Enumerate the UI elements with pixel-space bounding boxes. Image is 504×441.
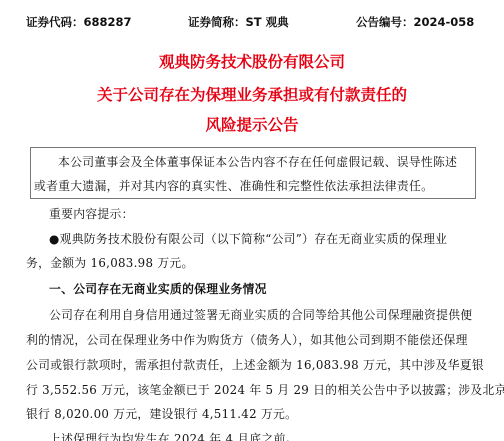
stock-name: 证券简称：ST 观典 [188, 14, 289, 30]
document-header: 证券代码：688287 证券简称：ST 观典 公告编号：2024-058 [0, 14, 504, 32]
section-1-paragraph-2: 上述保理行为均发生在 2024 年 4 月底之前。 [49, 430, 298, 441]
section-1-paragraph-line-1: 公司存在利用自身信用通过签署无商业实质的合同等给其他公司保理融资提供便 [49, 306, 472, 323]
highlights-bullet-line-2: 务，金额为 16,083.98 万元。 [26, 254, 194, 271]
section-1-paragraph-line-3: 公司或银行款项时，需承担付款责任，上述金额为 16,083.98 万元，其中涉及… [26, 356, 484, 373]
title-company: 观典防务技术股份有限公司 [0, 50, 504, 72]
disclaimer-line-1: 本公司董事会及全体董事保证本公告内容不存在任何虚假记载、误导性陈述 [58, 153, 457, 170]
title-notice: 风险提示公告 [0, 113, 504, 135]
section-1-paragraph-line-5: 银行 8,020.00 万元，建设银行 4,511.42 万元。 [26, 405, 297, 422]
section-1-heading: 一、公司存在无商业实质的保理业务情况 [49, 280, 267, 297]
notice-number: 公告编号：2024-058 [356, 14, 474, 30]
section-1-paragraph-line-2: 利的情况，公司在保理业务中作为购货方（债务人），如其他公司到期不能偿还保理 [26, 331, 468, 348]
highlights-heading: 重要内容提示： [49, 205, 134, 222]
title-subject: 关于公司存在为保理业务承担或有付款责任的 [0, 83, 504, 105]
section-1-paragraph-line-4: 行 3,552.56 万元，该笔金额已于 2024 年 5 月 29 日的相关公… [26, 381, 504, 398]
stock-code: 证券代码：688287 [26, 14, 132, 30]
disclaimer-line-2: 或者重大遗漏，并对其内容的真实性、准确性和完整性依法承担法律责任。 [34, 177, 433, 194]
highlights-bullet-line-1: ●观典防务技术股份有限公司（以下简称“公司”）存在无商业实质的保理业 [49, 230, 447, 247]
